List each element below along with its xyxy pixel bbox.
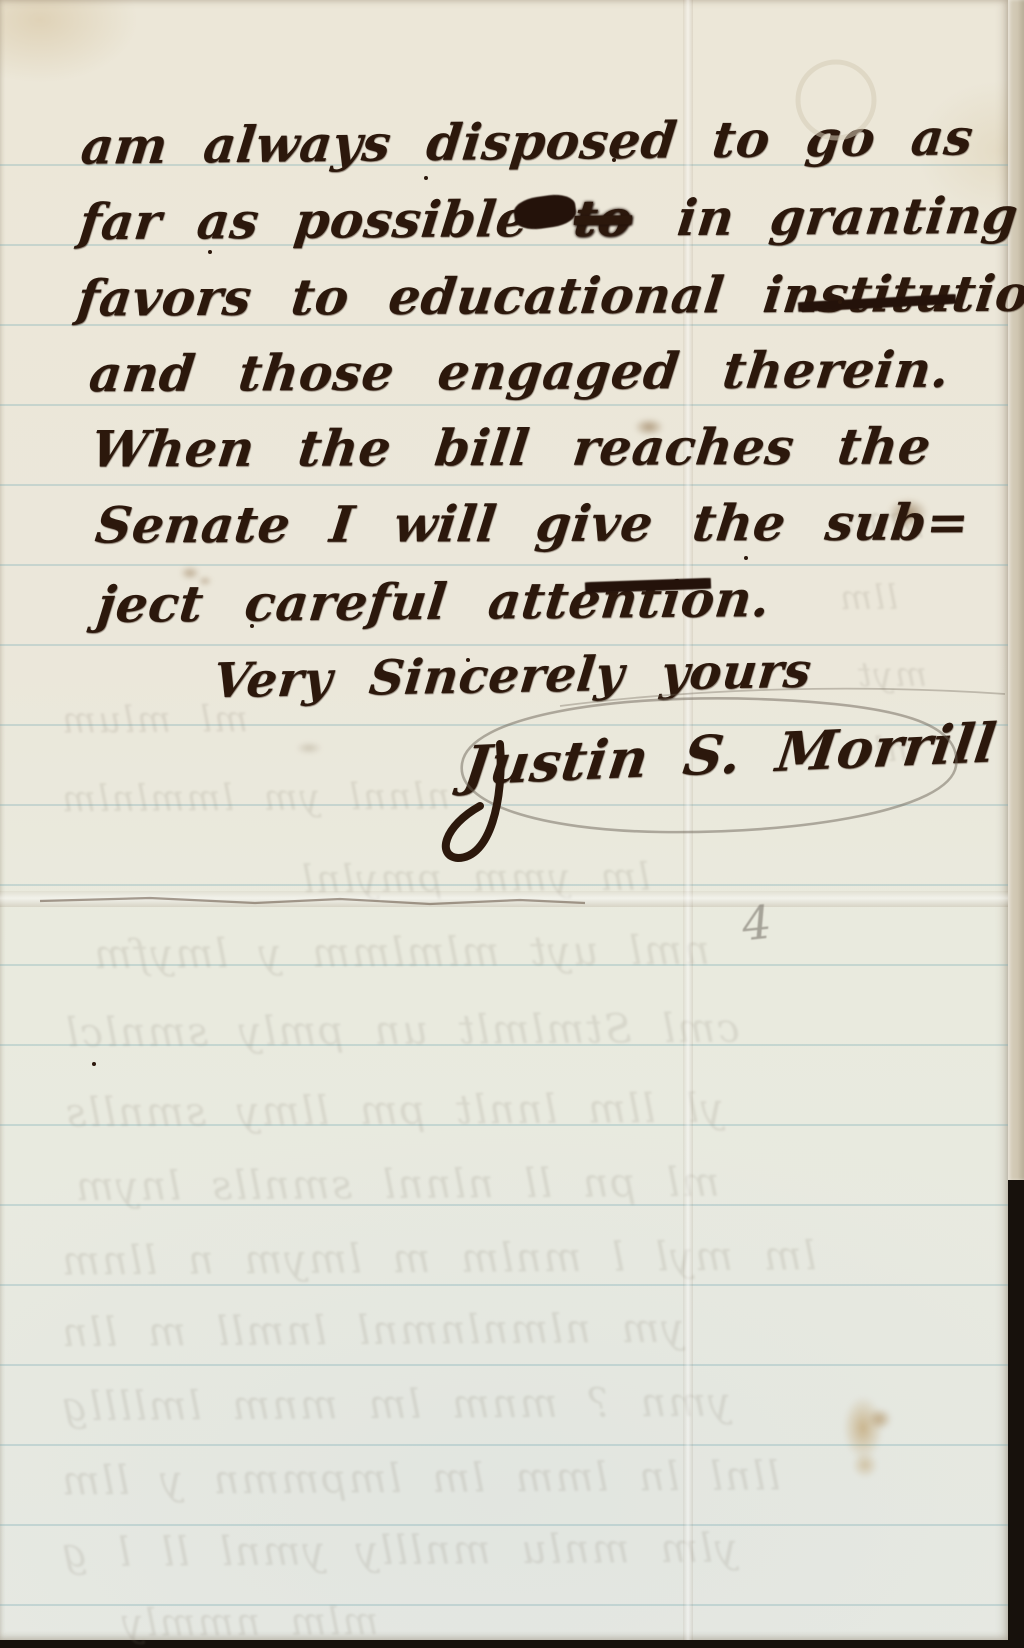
- handwriting-line: and those engaged therein.: [86, 340, 953, 403]
- handwriting-line: Very Sincerely yours: [210, 643, 814, 709]
- stain: [852, 1452, 878, 1478]
- ink-speck: [838, 300, 842, 304]
- handwriting-segment: Very Sincerely yours: [210, 643, 814, 709]
- pencil-page-number: 4: [739, 895, 774, 952]
- rule-line: [0, 564, 1008, 566]
- handwriting-segment: and those engaged therein.: [86, 340, 953, 403]
- bleedthrough-line: nml uyt mlmlmm y lmyfm: [92, 928, 710, 978]
- bleedthrough-line: ym nlmnlnmnl lnmll m lln: [60, 1306, 684, 1356]
- bleedthrough-line: llm: [838, 578, 898, 618]
- stain: [868, 1408, 892, 1430]
- ink-speck: [250, 624, 254, 628]
- rule-line: [0, 1364, 1008, 1366]
- handwriting-line: favors to educational institutions: [74, 263, 1024, 327]
- rule-line: [0, 1284, 1008, 1286]
- handwriting-segment: favors to educational institutions: [74, 263, 1024, 327]
- rule-line: [0, 404, 1008, 406]
- ink-speck: [744, 556, 748, 560]
- bleedthrough-line: lm myl l mnlm m lmym n llnm: [60, 1233, 817, 1284]
- horizontal-fold-crease: [0, 891, 1008, 907]
- bleedthrough-line: nlnnl ym lmmlnlm: [60, 777, 450, 821]
- ink-speck: [612, 158, 616, 162]
- letter-page: pmnllmmytmlml mlumnlnnl ym lmmlnlmlm ymm…: [0, 0, 1008, 1640]
- handwriting-line: When the bill reaches the: [88, 417, 934, 479]
- bleedthrough-line: mlm nmmly: [120, 1599, 379, 1645]
- bleedthrough-line: cml Stmlmlt un pmly smnlcl: [64, 1006, 740, 1057]
- rule-line: [0, 1524, 1008, 1526]
- ink-speck: [208, 250, 212, 254]
- handwriting-line: Senate I will give the sub=: [92, 492, 972, 554]
- ink-speck: [92, 1062, 96, 1066]
- handwriting-segment: far as possible: [76, 189, 532, 251]
- handwriting-line: am always disposed to go as: [78, 107, 976, 175]
- bleedthrough-line: yl llm lnnlt pm llmy smnlls: [64, 1086, 724, 1137]
- bleedthrough-line: myt: [856, 655, 927, 695]
- handwriting-segment: Senate I will give the sub=: [92, 492, 972, 554]
- bleedthrough-line: ylm mnlu mnllly ymnl ll l g: [60, 1526, 738, 1577]
- bleedthrough-line: llnl ln lmm lm lmpmmn y llm: [60, 1453, 781, 1504]
- handwriting-segment: in granting: [674, 186, 1021, 247]
- scanned-letter: { "document": { "kind": "handwritten let…: [0, 0, 1024, 1648]
- ink-speck: [466, 658, 470, 662]
- bleedthrough-line: ymn ? mnm lm mnm lmllllg: [60, 1380, 731, 1431]
- ink-speck: [424, 176, 428, 180]
- bleedthrough-line: ml pn ll nlnnl smnlls lnym: [74, 1160, 720, 1211]
- stain: [296, 742, 322, 754]
- paper-torn-edge: [1008, 0, 1024, 1180]
- rule-line: [0, 484, 1008, 486]
- struck-word: to: [571, 188, 635, 247]
- handwriting-segment: am always disposed to go as: [78, 107, 976, 175]
- handwriting-segment: When the bill reaches the: [88, 417, 934, 479]
- rule-line: [0, 644, 1008, 646]
